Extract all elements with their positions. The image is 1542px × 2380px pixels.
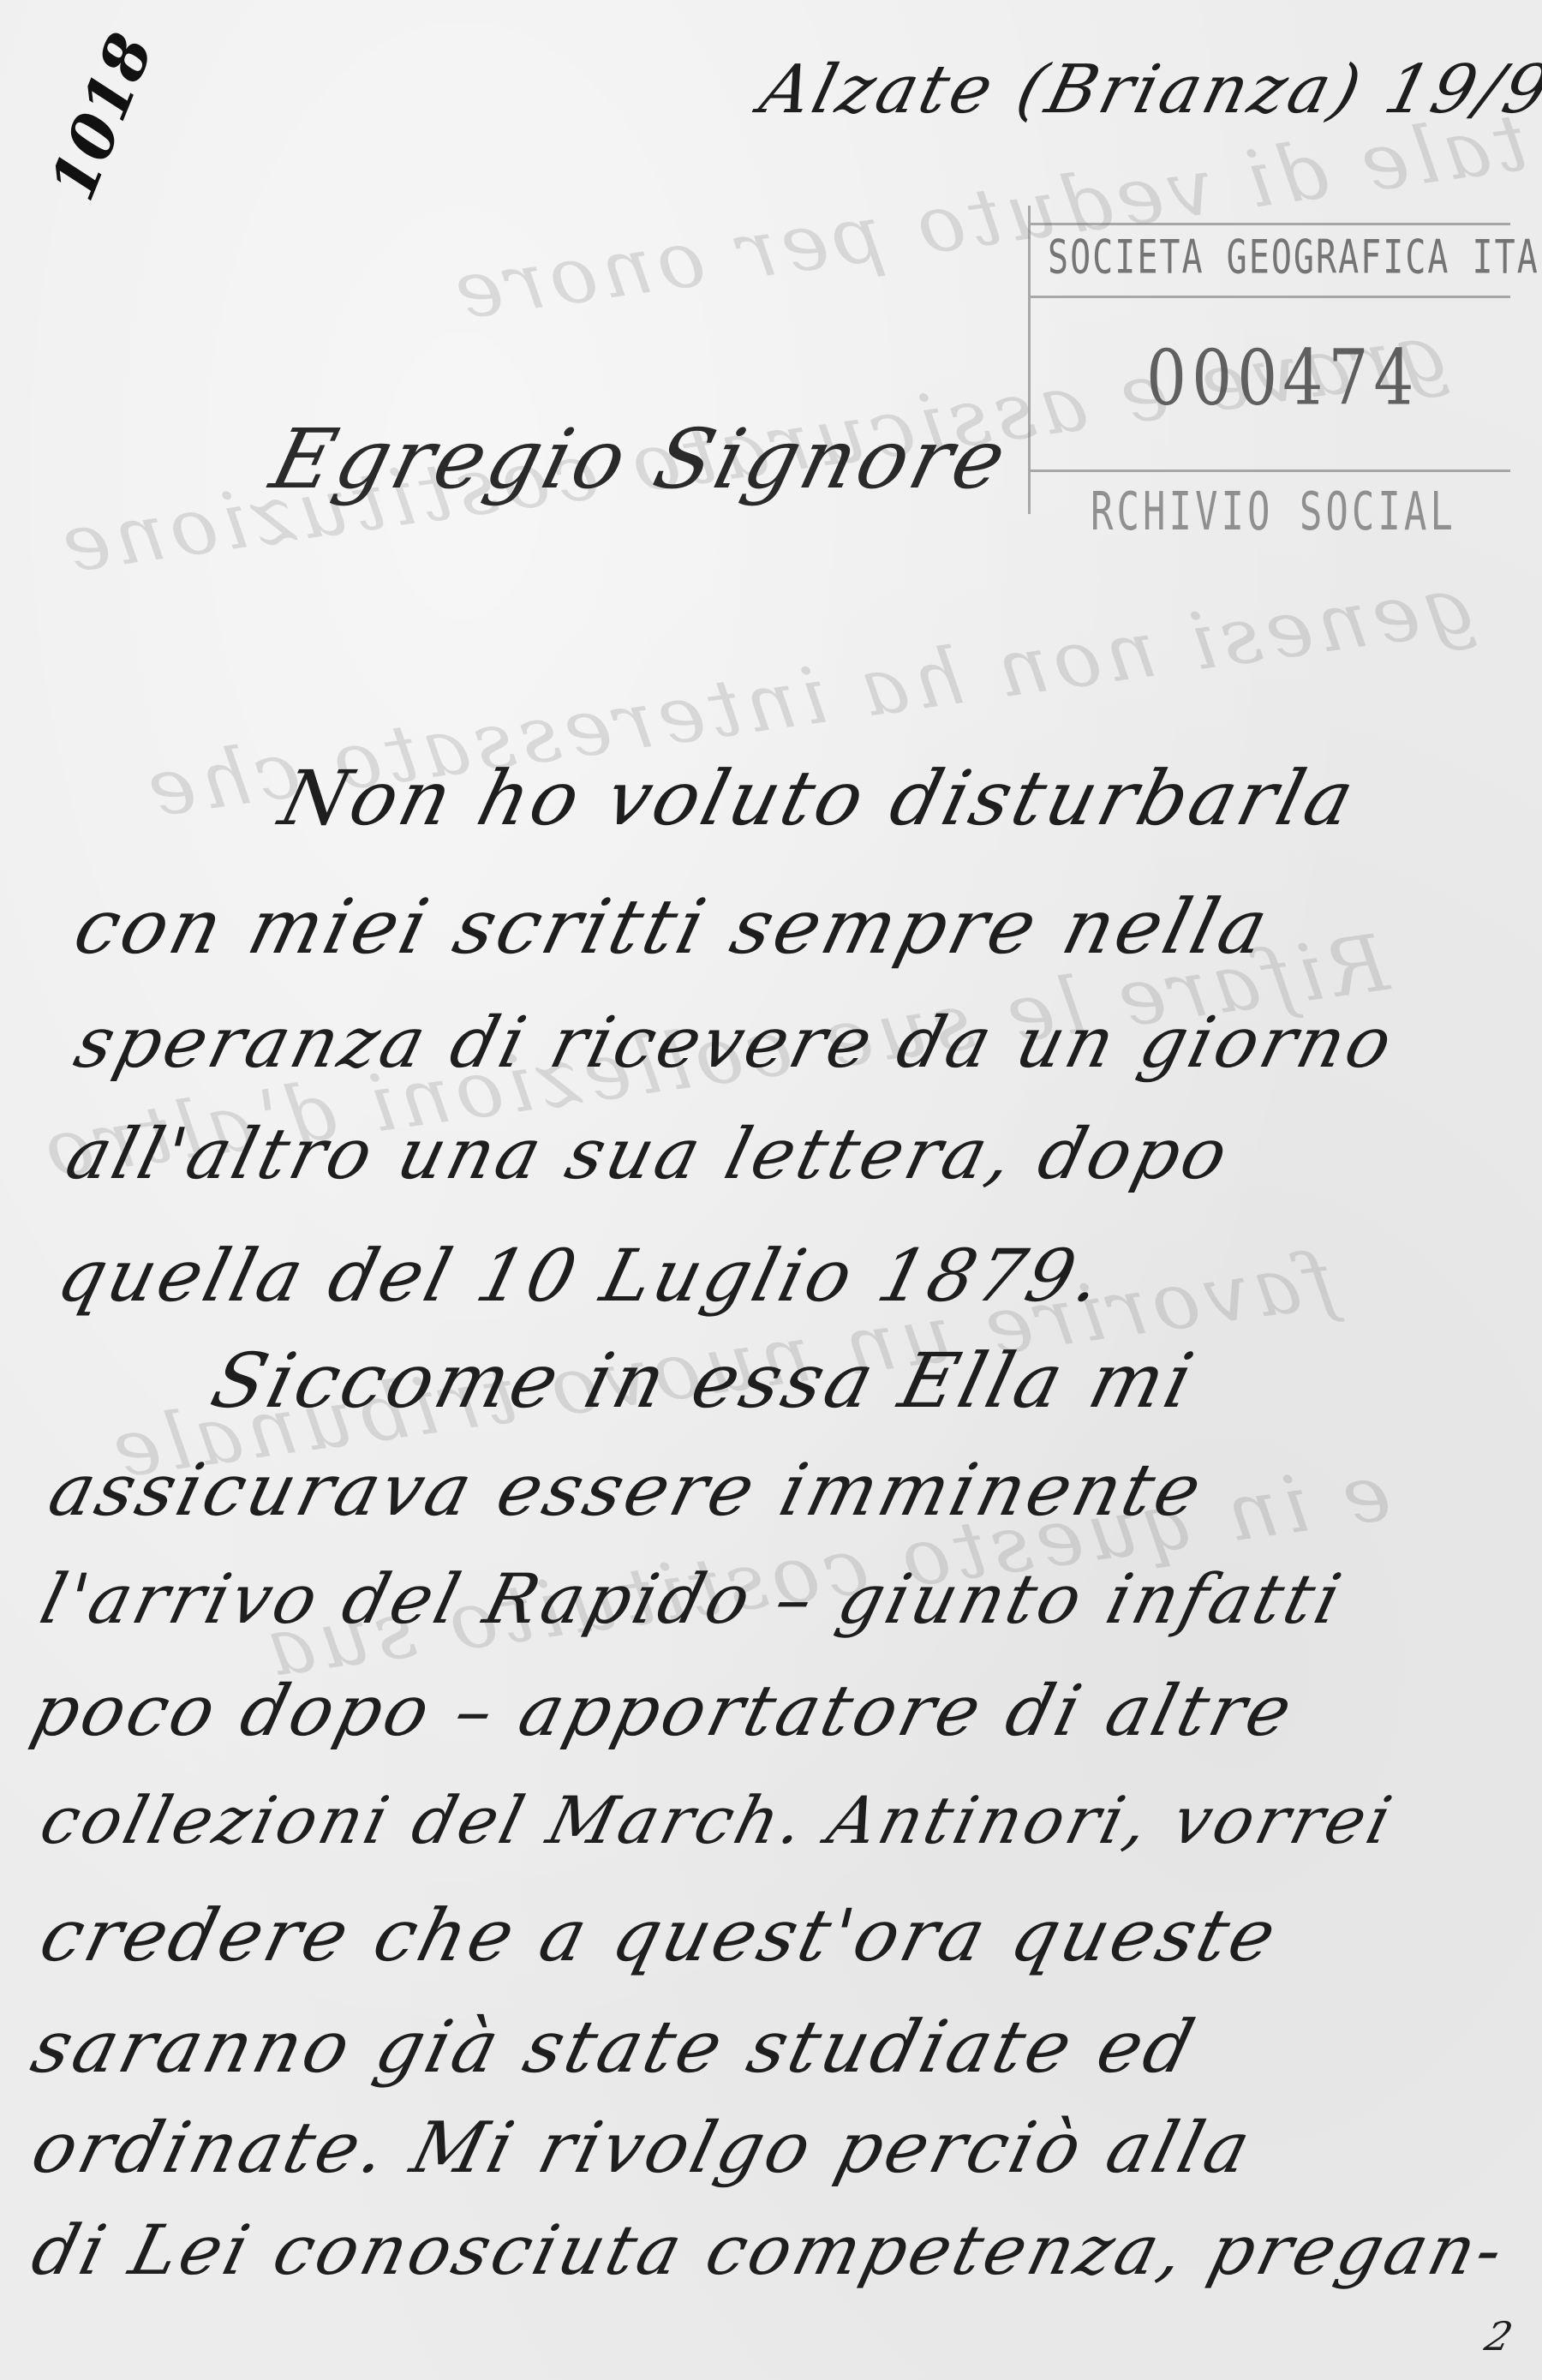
letter-line: speranza di ricevere da un giorno [67, 1002, 1403, 1084]
archive-stamp: SOCIETA GEOGRAFICA ITALI 000474 RCHIVIO … [1028, 206, 1510, 514]
letter-line: poco dopo – apportatore di altre [24, 1671, 1303, 1752]
letter-line: l'arrivo del Rapido – giunto infatti [33, 1559, 1352, 1639]
letter-page: tale di veduto per onore grave e assicur… [0, 0, 1542, 2380]
letter-line: di Lei conosciuta competenza, pregan- [24, 2210, 1514, 2290]
letter-line: Non ho voluto disturbarla [272, 754, 1366, 842]
stamp-society-name: SOCIETA GEOGRAFICA ITALI [1048, 231, 1542, 284]
archive-number-annotation: 1018 [35, 23, 167, 210]
letter-line: assicurava essere imminente [41, 1448, 1213, 1532]
letter-line: credere che a quest'ora queste [33, 1893, 1288, 1977]
letter-line: ordinate. Mi rivolgo perciò alla [24, 2108, 1261, 2189]
stamp-rule [1031, 469, 1510, 472]
letter-line: con miei scritti sempre nella [66, 882, 1280, 971]
letter-line: quella del 10 Luglio 1879. [50, 1234, 1114, 1318]
salutation: Egregio Signore [262, 411, 1019, 507]
letter-line: collezioni del March. Antinori, vorrei [33, 1782, 1402, 1858]
stamp-rule [1031, 296, 1510, 298]
letter-line: saranno già state studiate ed [24, 2005, 1205, 2089]
stamp-number: 000474 [1146, 334, 1419, 422]
stamp-archive-label: RCHIVIO SOCIAL [1091, 481, 1456, 542]
place-date: Alzate (Brianza) 19/9 = 80 [753, 51, 1542, 129]
letter-line: all'altro una sua lettera, dopo [58, 1114, 1239, 1195]
stamp-rule [1031, 223, 1510, 225]
page-turn-mark: 2 [1480, 2313, 1521, 2359]
letter-line: Siccome in essa Ella mi [203, 1337, 1204, 1425]
